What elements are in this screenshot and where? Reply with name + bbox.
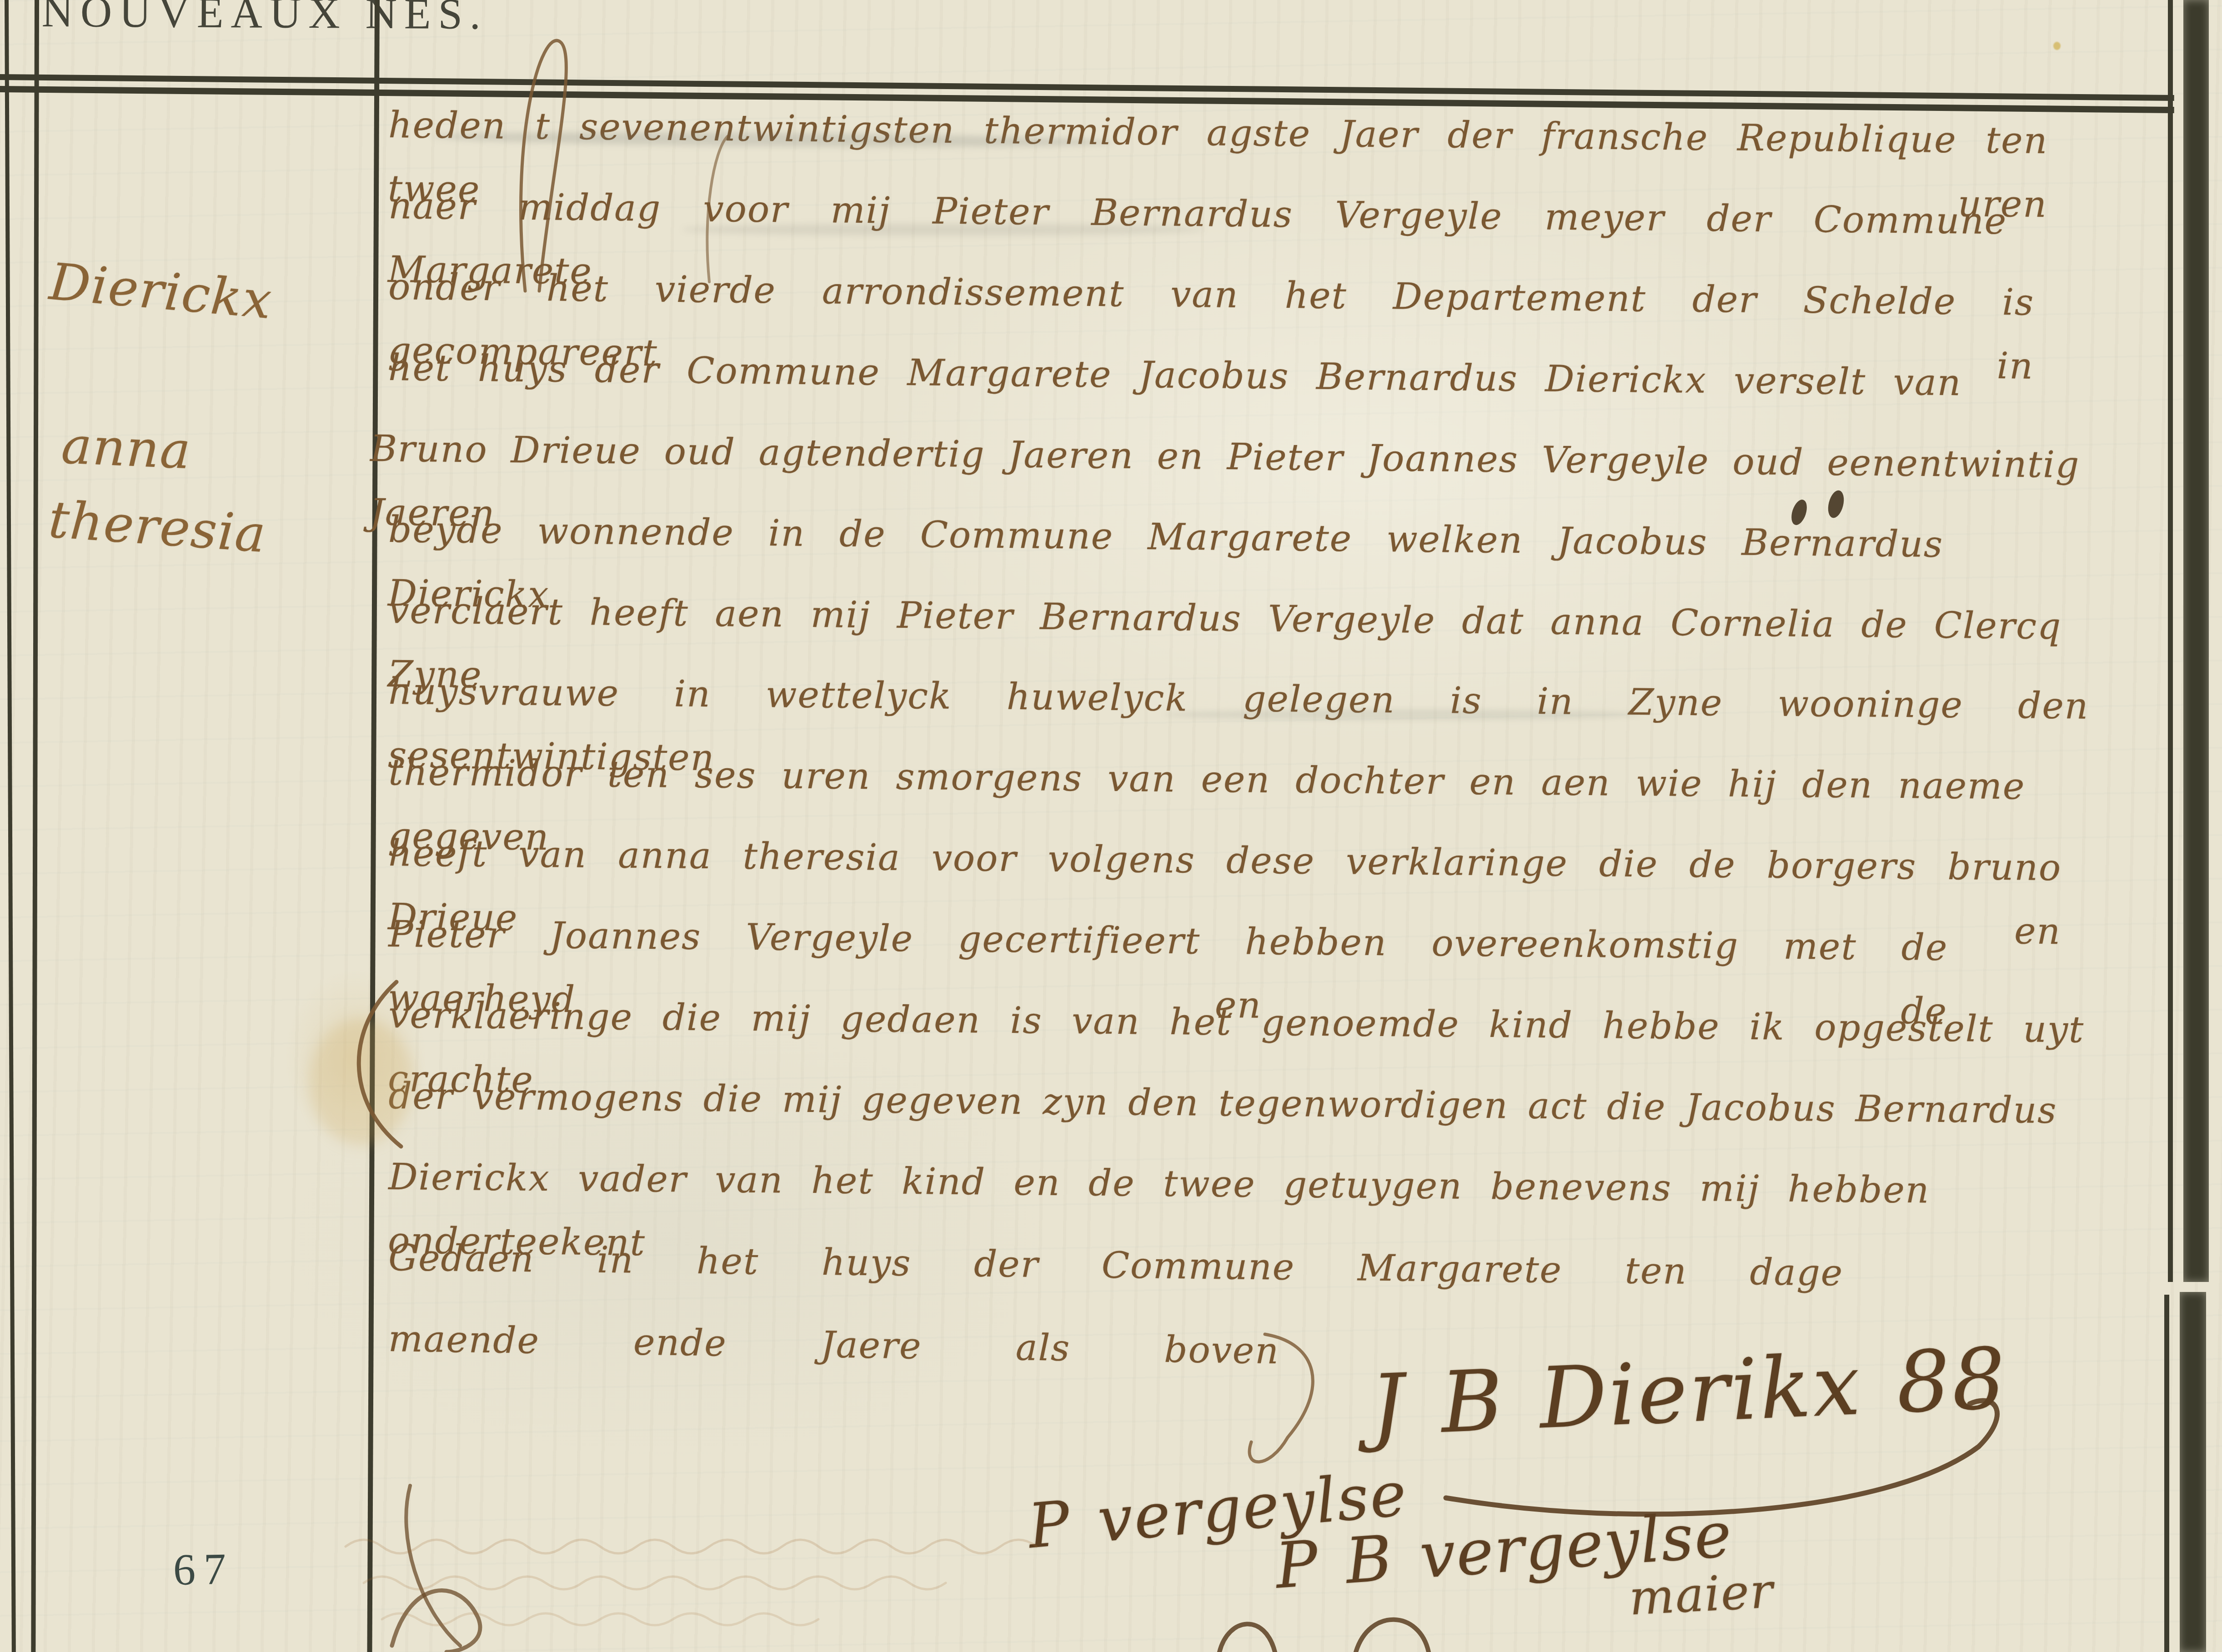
left-inner-rule [31, 0, 39, 1652]
margin-name-line3: theresia [47, 490, 268, 564]
right-thin-rule-lower [2164, 1295, 2169, 1652]
right-thin-rule-upper [2168, 0, 2173, 1282]
margin-name-line2: anna [60, 416, 192, 481]
margin-name-line1: Dierickx [47, 252, 275, 330]
binding-band-upper [2183, 0, 2209, 1282]
margin-right-rule [367, 0, 380, 1652]
column-header: NOUVEAUX NÉS. [41, 0, 488, 39]
act-line-16: maende ende Jaere als boven [388, 1307, 1280, 1383]
paper-speck [2053, 42, 2061, 50]
register-page-scan: NOUVEAUX NÉS. Dierickx anna theresia 67 … [0, 0, 2222, 1652]
binding-band-lower [2180, 1292, 2206, 1652]
record-number: 67 [173, 1544, 235, 1596]
signature-mayor-title: maier [1628, 1563, 1775, 1626]
signature-father: J B Dierikx 88 [1369, 1329, 2009, 1455]
left-outer-rule [5, 0, 16, 1652]
